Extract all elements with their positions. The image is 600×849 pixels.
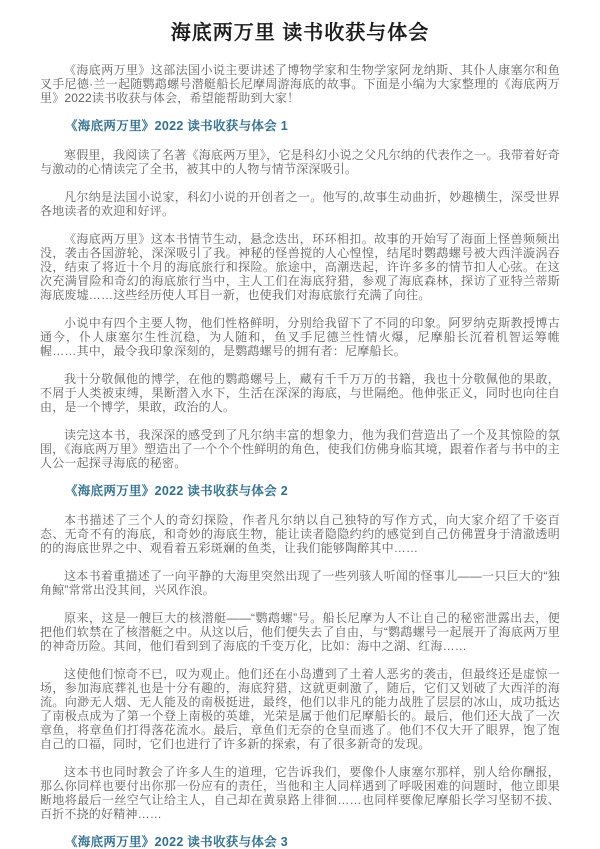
paragraph: 这使他们惊奇不已，叹为观止。他们还在小岛遭到了土着人恶劣的袭击，但最终还是虚惊一… (40, 667, 560, 751)
paragraph: 读完这本书，我深深的感受到了凡尔纳丰富的想象力，他为我们营造出了一个及其惊险的氛… (40, 428, 560, 470)
paragraph: 这本书也同时教会了许多人生的道理，它告诉我们，要像仆人康塞尔那样，别人给你酬报，… (40, 765, 560, 821)
paragraph: 原来，这是一艘巨大的核潜艇——“鹦鹉螺”号。船长尼摩为人不让自己的秘密泄露出去，… (40, 611, 560, 653)
paragraph: 《海底两万里》这本书情节生动，悬念迭出，环环相扣。故事的开始写了海面上怪兽频频出… (40, 232, 560, 302)
paragraph: 小说中有四个主要人物，他们性格鲜明，分别给我留下了不同的印象。阿罗纳克斯教授博古… (40, 316, 560, 358)
section-heading-2: 《海底两万里》2022 读书收获与体会 2 (40, 484, 560, 499)
section-heading-1: 《海底两万里》2022 读书收获与体会 1 (40, 119, 560, 134)
page-title: 海底两万里 读书收获与体会 (40, 20, 560, 46)
paragraph: 我十分敬佩他的博学，在他的鹦鹉螺号上，藏有千千万万的书籍，我也十分敬佩他的果敢，… (40, 372, 560, 414)
document-page: 海底两万里 读书收获与体会 《海底两万里》这部法国小说主要讲述了博物学家和生物学… (0, 0, 600, 849)
paragraph-intro: 《海底两万里》这部法国小说主要讲述了博物学家和生物学家阿龙纳斯、其仆人康塞尔和鱼… (40, 63, 560, 105)
paragraph: 寒假里，我阅读了名著《海底两万里》，它是科幻小说之父凡尔纳的代表作之一。我带着好… (40, 148, 560, 176)
section-heading-3: 《海底两万里》2022 读书收获与体会 3 (40, 835, 560, 849)
paragraph: 本书描述了三个人的奇幻探险，作者凡尔纳以自己独特的写作方式，向大家介绍了千姿百态… (40, 513, 560, 555)
paragraph: 凡尔纳是法国小说家，科幻小说的开创者之一。他写的,故事生动曲折，妙趣横生，深受世… (40, 190, 560, 218)
paragraph: 这本书着重描述了一向平静的大海里突然出现了一些列骇人听闻的怪事儿——一只巨大的“… (40, 569, 560, 597)
